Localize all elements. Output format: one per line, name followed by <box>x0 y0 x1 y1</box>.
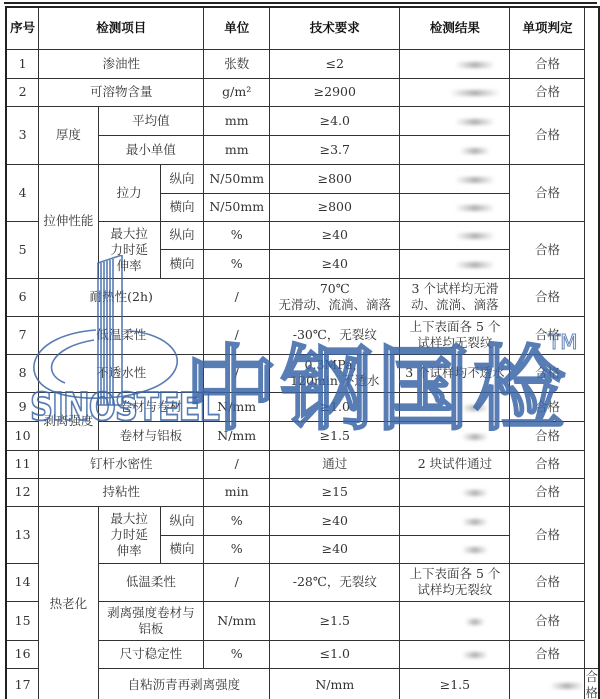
requirement: ≥4.0 <box>270 106 400 135</box>
row-number: 16 <box>6 640 39 668</box>
unit: / <box>204 563 270 601</box>
test-group: 拉伸性能 <box>39 164 98 278</box>
col-requirement: 技术要求 <box>270 7 400 49</box>
unit: / <box>204 354 270 392</box>
direction: 纵向 <box>160 221 204 249</box>
result-redacted <box>400 193 510 221</box>
row-number: 15 <box>6 601 39 640</box>
test-item: 平均值 <box>98 106 204 135</box>
result-redacted <box>400 640 510 668</box>
result-redacted <box>400 421 510 450</box>
table-row: 1 渗油性 张数 ≤2 合格 <box>6 49 599 78</box>
requirement-line: 无滑动、流淌、滴落 <box>270 297 399 313</box>
requirement: -30℃，无裂纹 <box>270 316 400 354</box>
result: 2 块试件通过 <box>400 450 510 478</box>
test-item: 可溶物含量 <box>39 78 204 106</box>
unit: N/mm <box>204 392 270 421</box>
test-group: 剥离强度 <box>39 392 98 450</box>
verdict: 合格 <box>510 164 585 221</box>
result: 上下表面各 5 个试样均无裂纹 <box>400 316 510 354</box>
test-group: 热老化 <box>39 506 98 699</box>
verdict: 合格 <box>510 601 585 640</box>
unit: % <box>204 221 270 249</box>
header-row: 序号 检测项目 单位 技术要求 检测结果 单项判定 <box>6 7 599 49</box>
unit: % <box>204 640 270 668</box>
requirement: ≥1.5 <box>270 421 400 450</box>
test-item: 卷材与卷材 <box>98 392 204 421</box>
test-item: 耐热性(2h) <box>39 278 204 316</box>
requirement: ≥800 <box>270 193 400 221</box>
table-row: 11 钉杆水密性 / 通过 2 块试件通过 合格 <box>6 450 599 478</box>
unit: / <box>204 450 270 478</box>
requirement: 70℃ 无滑动、流淌、滴落 <box>270 278 400 316</box>
col-seq: 序号 <box>6 7 39 49</box>
unit: mm <box>204 106 270 135</box>
test-subitem: 最大拉力时延伸率 <box>98 506 160 563</box>
col-result: 检测结果 <box>400 7 510 49</box>
verdict: 合格 <box>510 506 585 563</box>
result: 上下表面各 5 个试样均无裂纹 <box>400 563 510 601</box>
row-number: 14 <box>6 563 39 601</box>
test-subitem: 拉力 <box>98 164 160 221</box>
unit: N/mm <box>204 601 270 640</box>
unit: N/50mm <box>204 164 270 193</box>
test-item: 低温柔性 <box>98 563 204 601</box>
result: 3 个试样均不透水 <box>400 354 510 392</box>
row-number: 17 <box>6 668 39 699</box>
test-item: 持粘性 <box>39 478 204 506</box>
unit: N/mm <box>204 421 270 450</box>
unit: mm <box>204 135 270 164</box>
direction: 纵向 <box>160 506 204 535</box>
test-item: 渗油性 <box>39 49 204 78</box>
verdict: 合格 <box>510 49 585 78</box>
verdict: 合格 <box>585 668 599 699</box>
result-redacted <box>400 506 510 535</box>
result-redacted <box>400 78 510 106</box>
table-row: 12 持粘性 min ≥15 合格 <box>6 478 599 506</box>
col-unit: 单位 <box>204 7 270 49</box>
requirement: ≥40 <box>270 535 400 563</box>
result-redacted <box>400 392 510 421</box>
test-item: 钉杆水密性 <box>39 450 204 478</box>
table-row: 9 剥离强度 卷材与卷材 N/mm ≥1.0 合格 <box>6 392 599 421</box>
row-number: 11 <box>6 450 39 478</box>
verdict: 合格 <box>510 640 585 668</box>
requirement: ≥800 <box>270 164 400 193</box>
row-number: 2 <box>6 78 39 106</box>
direction: 纵向 <box>160 164 204 193</box>
test-item: 不透水性 <box>39 354 204 392</box>
unit: / <box>204 316 270 354</box>
row-number: 8 <box>6 354 39 392</box>
requirement: ≥40 <box>270 249 400 278</box>
table-row: 6 耐热性(2h) / 70℃ 无滑动、流淌、滴落 3 个试样均无滑动、流淌、滴… <box>6 278 599 316</box>
test-subitem: 最大拉力时延伸率 <box>98 221 160 278</box>
requirement: ≥1.5 <box>270 601 400 640</box>
result-redacted <box>510 668 585 699</box>
unit: 张数 <box>204 49 270 78</box>
requirement: 通过 <box>270 450 400 478</box>
top-rule <box>4 2 597 4</box>
verdict: 合格 <box>510 563 585 601</box>
table-row: 7 低温柔性 / -30℃，无裂纹 上下表面各 5 个试样均无裂纹 合格 <box>6 316 599 354</box>
requirement: ≥1.5 <box>400 668 510 699</box>
requirement: 0.3MPa，120min 不透水 <box>270 354 400 392</box>
table-row: 3 厚度 平均值 mm ≥4.0 合格 <box>6 106 599 135</box>
unit: / <box>204 278 270 316</box>
table-row: 8 不透水性 / 0.3MPa，120min 不透水 3 个试样均不透水 合格 <box>6 354 599 392</box>
unit: % <box>204 249 270 278</box>
test-item: 剥离强度卷材与铝板 <box>98 601 204 640</box>
row-number: 6 <box>6 278 39 316</box>
row-number: 1 <box>6 49 39 78</box>
requirement: -28℃，无裂纹 <box>270 563 400 601</box>
row-number: 10 <box>6 421 39 450</box>
row-number: 12 <box>6 478 39 506</box>
result-redacted <box>400 249 510 278</box>
result-redacted <box>400 106 510 135</box>
result-redacted <box>400 135 510 164</box>
unit: min <box>204 478 270 506</box>
col-item: 检测项目 <box>39 7 204 49</box>
direction: 横向 <box>160 193 204 221</box>
row-number: 7 <box>6 316 39 354</box>
test-group: 厚度 <box>39 106 98 164</box>
test-item: 卷材与铝板 <box>98 421 204 450</box>
test-item: 低温柔性 <box>39 316 204 354</box>
direction: 横向 <box>160 249 204 278</box>
table-row: 4 拉伸性能 拉力 纵向 N/50mm ≥800 合格 <box>6 164 599 193</box>
verdict: 合格 <box>510 316 585 354</box>
requirement: ≥40 <box>270 506 400 535</box>
row-number: 9 <box>6 392 39 421</box>
requirement: ≥40 <box>270 221 400 249</box>
unit: N/50mm <box>204 193 270 221</box>
col-verdict: 单项判定 <box>510 7 585 49</box>
result-redacted <box>400 478 510 506</box>
verdict: 合格 <box>510 392 585 421</box>
test-item: 尺寸稳定性 <box>98 640 204 668</box>
result-redacted <box>400 49 510 78</box>
verdict: 合格 <box>510 478 585 506</box>
row-number: 4 <box>6 164 39 221</box>
result-redacted <box>400 164 510 193</box>
requirement-line: 70℃ <box>270 281 399 297</box>
requirement: ≥2900 <box>270 78 400 106</box>
result-redacted <box>400 221 510 249</box>
requirement: ≤1.0 <box>270 640 400 668</box>
table-row: 13 热老化 最大拉力时延伸率 纵向 % ≥40 合格 <box>6 506 599 535</box>
test-item: 自粘沥青再剥离强度 <box>98 668 270 699</box>
unit: % <box>204 535 270 563</box>
result-redacted <box>400 601 510 640</box>
unit: g/m² <box>204 78 270 106</box>
requirement: ≥15 <box>270 478 400 506</box>
table-row: 2 可溶物含量 g/m² ≥2900 合格 <box>6 78 599 106</box>
verdict: 合格 <box>510 421 585 450</box>
unit: % <box>204 506 270 535</box>
direction: 横向 <box>160 535 204 563</box>
verdict: 合格 <box>510 354 585 392</box>
row-number: 13 <box>6 506 39 563</box>
verdict: 合格 <box>510 278 585 316</box>
result: 3 个试样均无滑动、流淌、滴落 <box>400 278 510 316</box>
unit: N/mm <box>270 668 400 699</box>
test-results-table: 序号 检测项目 单位 技术要求 检测结果 单项判定 1 渗油性 张数 ≤2 合格… <box>5 6 600 699</box>
verdict: 合格 <box>510 221 585 278</box>
requirement: ≥3.7 <box>270 135 400 164</box>
verdict: 合格 <box>510 78 585 106</box>
verdict: 合格 <box>510 106 585 164</box>
requirement: ≤2 <box>270 49 400 78</box>
result-redacted <box>400 535 510 563</box>
requirement: ≥1.0 <box>270 392 400 421</box>
verdict: 合格 <box>510 450 585 478</box>
test-item: 最小单值 <box>98 135 204 164</box>
row-number: 5 <box>6 221 39 278</box>
row-number: 3 <box>6 106 39 164</box>
